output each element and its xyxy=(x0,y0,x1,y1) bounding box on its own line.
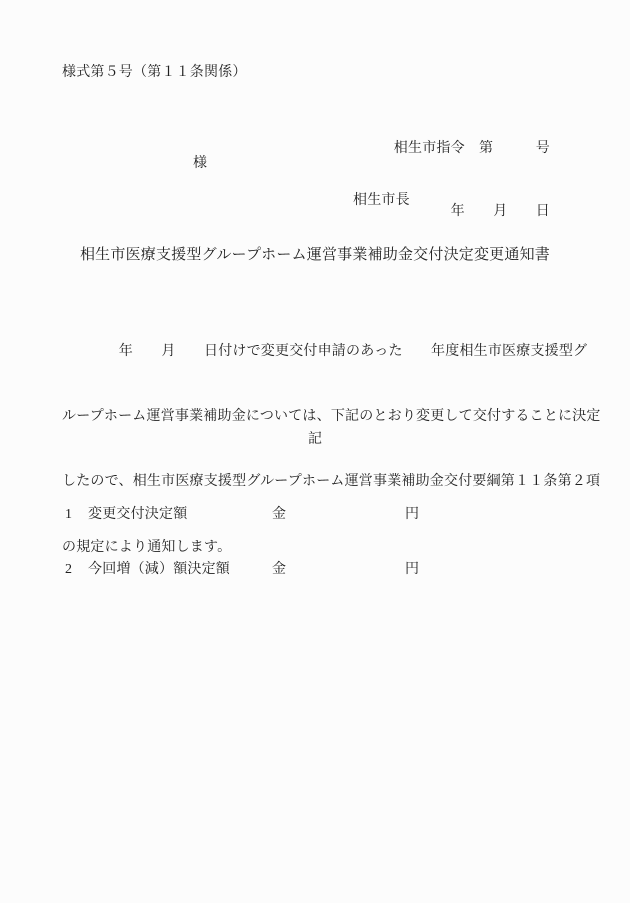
form-number: 様式第５号（第１１条関係） xyxy=(62,63,247,83)
addressee-honorific: 様 xyxy=(193,154,207,174)
body-line: したので、相生市医療支援型グループホーム運営事業補助金交付要綱第１１条第２項 xyxy=(62,471,601,493)
issue-header: 相生市指令 第 号 年 月 日 xyxy=(394,96,550,264)
document-page: 様式第５号（第１１条関係） 相生市指令 第 号 年 月 日 様 相生市長 相生市… xyxy=(0,0,630,903)
body-line: 年 月 日付けで変更交付申請のあった 年度相生市医療支援型グ xyxy=(62,341,601,363)
directive-number-line: 相生市指令 第 号 xyxy=(394,138,550,159)
issue-date-line: 年 月 日 xyxy=(394,201,550,222)
item-label: 今回増（減）額決定額 xyxy=(88,560,230,580)
item-row-1: 1 変更交付決定額 金 円 xyxy=(0,505,630,527)
body-line: ループホーム運営事業補助金については、下記のとおり変更して交付することに決定 xyxy=(62,406,601,428)
body-line: の規定により通知します。 xyxy=(62,537,601,559)
amount-suffix: 円 xyxy=(405,505,419,525)
item-label: 変更交付決定額 xyxy=(88,505,187,525)
section-marker-ki: 記 xyxy=(0,430,630,450)
item-number: 1 xyxy=(65,505,72,525)
amount-prefix: 金 xyxy=(272,505,286,525)
amount-suffix: 円 xyxy=(405,560,419,580)
item-number: 2 xyxy=(65,560,72,580)
item-row-2: 2 今回増（減）額決定額 金 円 xyxy=(0,560,630,582)
document-title: 相生市医療支援型グループホーム運営事業補助金交付決定変更通知書 xyxy=(0,245,630,265)
amount-prefix: 金 xyxy=(272,560,286,580)
sender-title: 相生市長 xyxy=(353,191,410,211)
